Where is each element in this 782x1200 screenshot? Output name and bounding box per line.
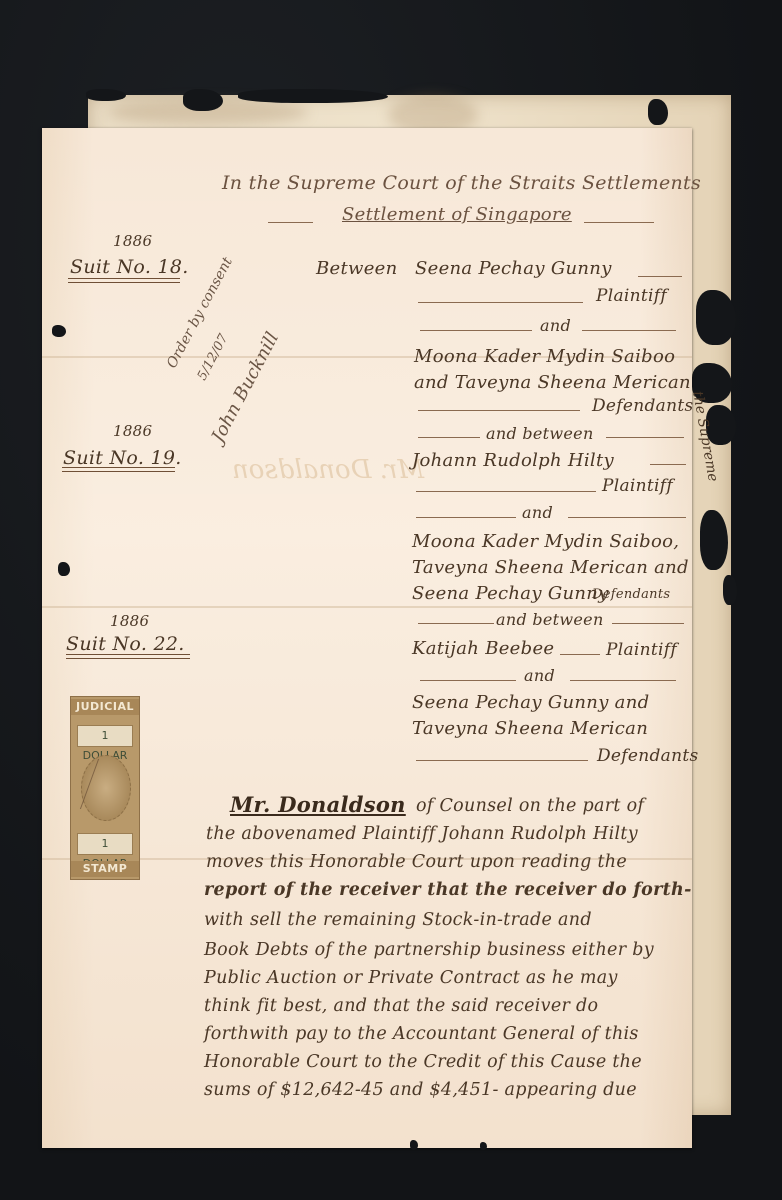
body-line: with sell the remaining Stock-in-trade a… — [204, 910, 592, 930]
and-label: and — [522, 503, 553, 522]
body-line: think fit best, and that the said receiv… — [204, 996, 598, 1016]
stamp-value: 1 DOLLAR — [77, 833, 133, 855]
rule — [418, 410, 580, 411]
body-line: sums of $12,642-45 and $4,451- appearing… — [204, 1080, 637, 1100]
body-line: the abovenamed Plaintiff Johann Rudolph … — [206, 824, 638, 844]
tear — [238, 89, 388, 103]
bleed-through-text: Mr. Donaldson — [232, 455, 424, 485]
suit-label: Suit No. 19. — [63, 447, 182, 469]
defendant-names: Moona Kader Mydin Saiboo, — [412, 531, 679, 552]
defendants-role: Defendants — [597, 746, 699, 766]
tear — [723, 575, 737, 605]
suit-year: 1886 — [110, 612, 149, 630]
counsel-name: Mr. Donaldson — [230, 792, 406, 817]
body-line: Public Auction or Private Contract as he… — [204, 968, 618, 988]
plaintiff-name: Katijah Beebee — [412, 638, 554, 659]
rule — [418, 437, 480, 438]
rule — [268, 222, 313, 223]
plaintiff-name: Seena Pechay Gunny — [415, 258, 612, 279]
heading-line-1: In the Supreme Court of the Straits Sett… — [222, 172, 701, 194]
tear — [648, 99, 668, 125]
rule — [584, 222, 654, 223]
rule — [416, 491, 596, 492]
hole — [480, 1142, 487, 1150]
defendants-role: Defendants — [592, 396, 694, 416]
and-between-label: and between — [496, 610, 604, 629]
suit-year: 1886 — [113, 422, 152, 440]
tear — [696, 290, 736, 345]
rule — [582, 330, 676, 331]
plaintiff-role: Plaintiff — [606, 640, 677, 660]
underline — [68, 278, 180, 283]
judicial-stamp: JUDICIAL 1 DOLLAR 1 DOLLAR STAMP — [70, 696, 140, 880]
hole — [58, 562, 70, 576]
rule — [418, 302, 583, 303]
tear — [700, 510, 728, 570]
and-label: and — [524, 666, 555, 685]
defendant-names: and Taveyna Sheena Merican — [414, 372, 691, 393]
body-line: Honorable Court to the Credit of this Ca… — [204, 1052, 642, 1072]
rule — [606, 437, 684, 438]
stamp-top-label: JUDICIAL — [71, 699, 139, 715]
rule — [416, 760, 588, 761]
plaintiff-role: Plaintiff — [602, 476, 673, 496]
defendant-names: Seena Pechay Gunny and — [412, 692, 649, 713]
defendant-names: Seena Pechay Gunny — [412, 583, 609, 604]
plaintiff-name: Johann Rudolph Hilty — [412, 450, 614, 471]
rule — [416, 517, 516, 518]
rule — [570, 680, 676, 681]
defendants-role: Defendants — [592, 587, 670, 602]
tear — [183, 89, 223, 111]
body-line: Book Debts of the partnership business e… — [204, 940, 654, 960]
rule — [418, 623, 494, 624]
stamp-bottom-label: STAMP — [71, 861, 139, 877]
suit-year: 1886 — [113, 232, 152, 250]
and-label: and — [540, 316, 571, 335]
hole — [410, 1140, 418, 1150]
rule — [560, 654, 600, 655]
body-line: forthwith pay to the Accountant General … — [204, 1024, 639, 1044]
fold-crease — [42, 606, 692, 608]
body-line: report of the receiver that the receiver… — [204, 880, 692, 900]
and-between-label: and between — [486, 424, 594, 443]
suit-label: Suit No. 22. — [66, 633, 185, 655]
tear — [86, 89, 126, 101]
suit-label: Suit No. 18. — [70, 256, 189, 278]
underline — [62, 467, 175, 472]
defendant-names: Moona Kader Mydin Saiboo — [414, 346, 675, 367]
between-label: Between — [316, 258, 398, 279]
rule — [568, 517, 686, 518]
defendant-names: Taveyna Sheena Merican — [412, 718, 648, 739]
underline — [66, 654, 190, 659]
plaintiff-role: Plaintiff — [596, 286, 667, 306]
rule — [612, 623, 684, 624]
heading-line-2: Settlement of Singapore — [342, 204, 572, 225]
body-line: of Counsel on the part of — [416, 796, 644, 816]
rule — [420, 680, 516, 681]
defendant-names: Taveyna Sheena Merican and — [412, 557, 689, 578]
stamp-value: 1 DOLLAR — [77, 725, 133, 747]
rule — [420, 330, 532, 331]
rule — [650, 464, 686, 465]
rule — [638, 276, 682, 277]
hole — [52, 325, 66, 337]
body-line: moves this Honorable Court upon reading … — [206, 852, 627, 872]
